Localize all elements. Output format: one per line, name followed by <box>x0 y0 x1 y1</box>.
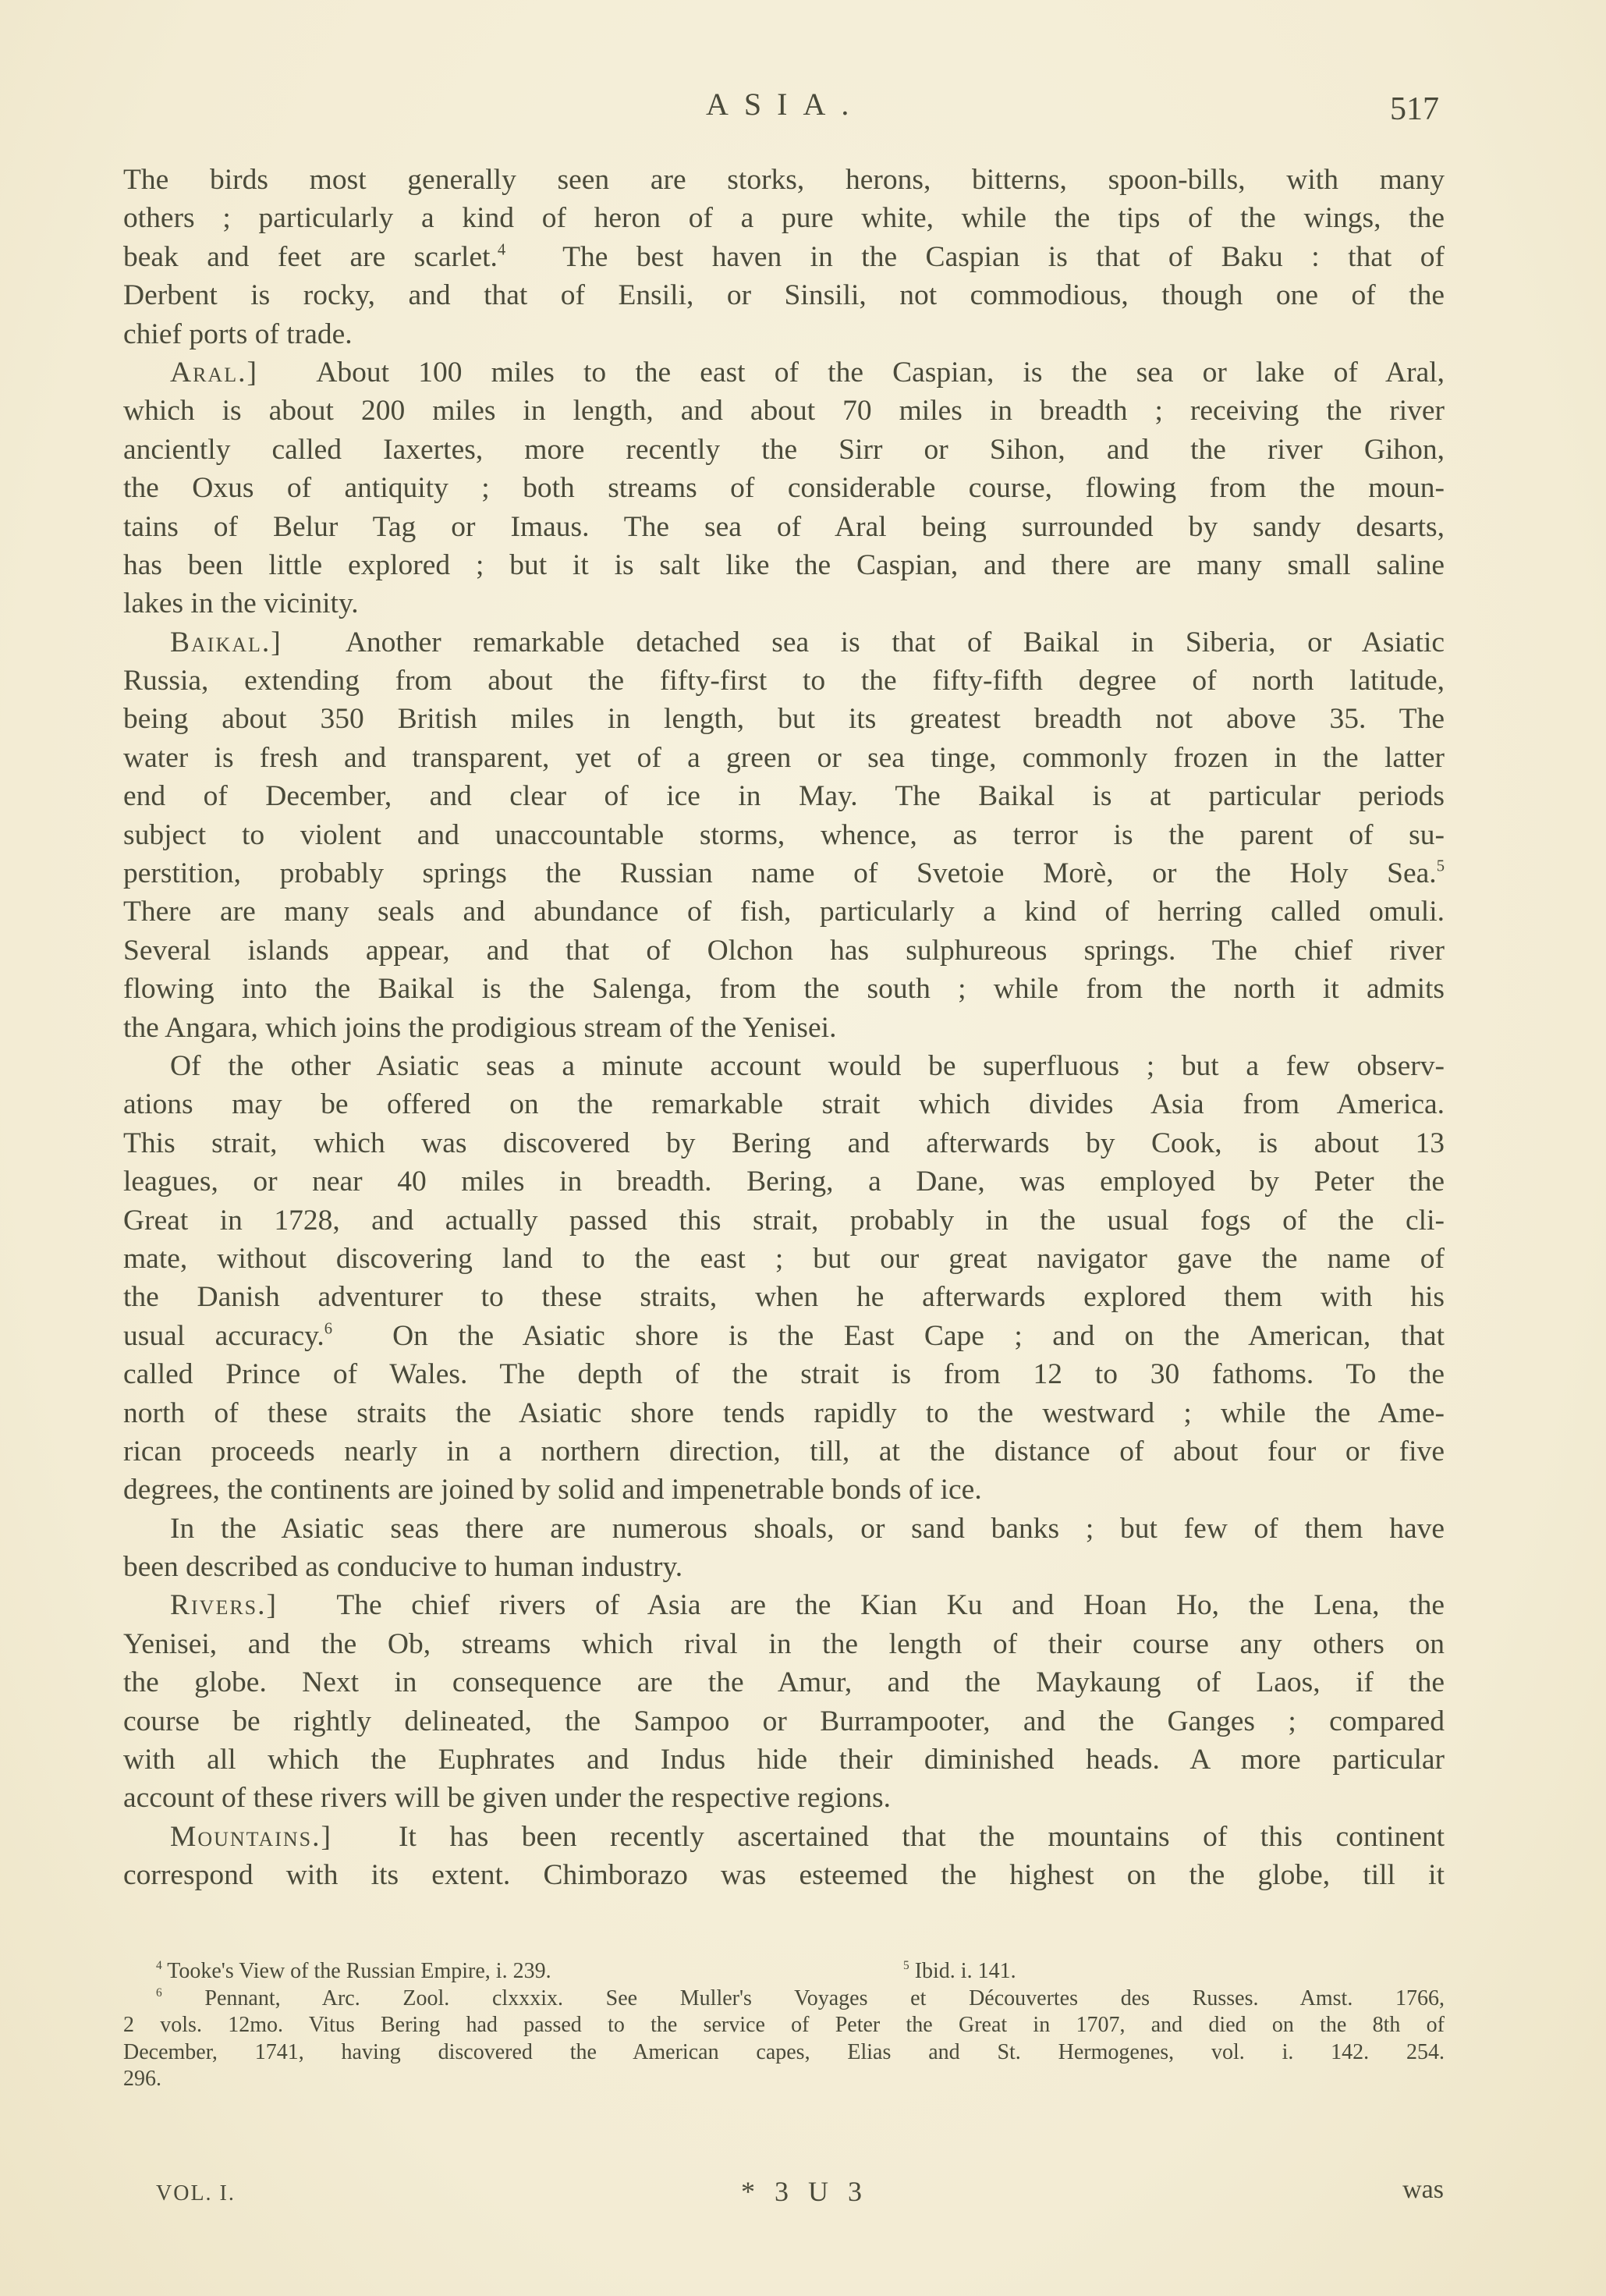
text-line: In the Asiatic seas there are numerous s… <box>123 1510 1445 1548</box>
page-number: 517 <box>1390 86 1439 133</box>
text-line: the Oxus of antiquity ; both streams of … <box>123 469 1445 507</box>
text-line: north of these straits the Asiatic shore… <box>123 1394 1445 1432</box>
text-line: course be rightly delineated, the Sampoo… <box>123 1702 1445 1741</box>
text-line: the Danish adventurer to these straits, … <box>123 1278 1445 1316</box>
paragraph-bering-strait: Of the other Asiatic seas a minute accou… <box>123 1047 1445 1510</box>
text-line: usual accuracy.6 On the Asiatic shore is… <box>123 1317 1445 1355</box>
text-line: being about 350 British miles in length,… <box>123 700 1445 738</box>
text-line: chief ports of trade. <box>123 315 1445 353</box>
footnote-row: 4 Tooke's View of the Russian Empire, i.… <box>123 1958 1445 1985</box>
section-heading-mountains: Mountains.] <box>170 1821 332 1853</box>
text-line: Several islands appear, and that of Olch… <box>123 932 1445 970</box>
text-line: perstition, probably springs the Russian… <box>123 854 1445 892</box>
text-line: There are many seals and abundance of fi… <box>123 892 1445 931</box>
text-line: degrees, the continents are joined by so… <box>123 1471 1445 1509</box>
text-line: flowing into the Baikal is the Salenga, … <box>123 970 1445 1008</box>
text-line: Derbent is rocky, and that of Ensili, or… <box>123 276 1445 314</box>
text-line: which is about 200 miles in length, and … <box>123 392 1445 430</box>
footnote-5: 5 Ibid. i. 141. <box>903 1958 1016 1985</box>
text-line: Rivers.] The chief rivers of Asia are th… <box>123 1586 1445 1624</box>
footnote-ref-5[interactable]: 5 <box>1437 858 1445 875</box>
text-line: has been little explored ; but it is sal… <box>123 546 1445 584</box>
paragraph-shoals: In the Asiatic seas there are numerous s… <box>123 1510 1445 1587</box>
footnote-ref-6[interactable]: 6 <box>324 1320 332 1337</box>
page-footer: VOL. I. * 3 U 3 was <box>0 2175 1606 2214</box>
text-line: Baikal.] Another remarkable detached sea… <box>123 623 1445 662</box>
section-heading-aral: Aral.] <box>170 357 258 389</box>
text-line: tains of Belur Tag or Imaus. The sea of … <box>123 508 1445 546</box>
text-line: ations may be offered on the remarkable … <box>123 1085 1445 1123</box>
text-line: Mountains.] It has been recently ascerta… <box>123 1818 1445 1856</box>
running-title: ASIA. <box>706 81 870 128</box>
text-line: Russia, extending from about the fifty-f… <box>123 662 1445 700</box>
text-line: correspond with its extent. Chimborazo w… <box>123 1856 1445 1894</box>
text-line: been described as conducive to human ind… <box>123 1548 1445 1586</box>
footnote-line: December, 1741, having discovered the Am… <box>123 2039 1445 2067</box>
volume-label: VOL. I. <box>156 2181 236 2206</box>
section-heading-rivers: Rivers.] <box>170 1589 278 1621</box>
text-line: subject to violent and unaccountable sto… <box>123 816 1445 854</box>
text-line: with all which the Euphrates and Indus h… <box>123 1741 1445 1779</box>
paragraph-baikal: Baikal.] Another remarkable detached sea… <box>123 623 1445 1047</box>
footnote-ref-4[interactable]: 4 <box>498 241 505 258</box>
text-line: the Angara, which joins the prodigious s… <box>123 1009 1445 1047</box>
text-line: water is fresh and transparent, yet of a… <box>123 739 1445 777</box>
text-line: Yenisei, and the Ob, streams which rival… <box>123 1625 1445 1663</box>
footnote-line: 2 vols. 12mo. Vitus Bering had passed to… <box>123 2012 1445 2039</box>
text-line: leagues, or near 40 miles in breadth. Be… <box>123 1162 1445 1201</box>
text-line: rican proceeds nearly in a northern dire… <box>123 1432 1445 1471</box>
text-line: account of these rivers will be given un… <box>123 1779 1445 1817</box>
footnotes: 4 Tooke's View of the Russian Empire, i.… <box>123 1958 1445 2093</box>
text-line: the globe. Next in consequence are the A… <box>123 1663 1445 1702</box>
paragraph-birds: The birds most generally seen are storks… <box>123 161 1445 353</box>
paragraph-rivers: Rivers.] The chief rivers of Asia are th… <box>123 1586 1445 1817</box>
text-line: lakes in the vicinity. <box>123 584 1445 623</box>
book-page: ASIA. 517 The birds most generally seen … <box>0 0 1606 2296</box>
paragraph-aral: Aral.] About 100 miles to the east of th… <box>123 353 1445 623</box>
text-line: called Prince of Wales. The depth of the… <box>123 1355 1445 1393</box>
paragraph-mountains: Mountains.] It has been recently ascerta… <box>123 1818 1445 1895</box>
text-line: beak and feet are scarlet.4 The best hav… <box>123 238 1445 276</box>
text-line: end of December, and clear of ice in May… <box>123 777 1445 815</box>
text-line: Great in 1728, and actually passed this … <box>123 1201 1445 1240</box>
footnote-line: 296. <box>123 2066 1445 2093</box>
body-text: The birds most generally seen are storks… <box>123 161 1445 1895</box>
footnote-4: 4 Tooke's View of the Russian Empire, i.… <box>156 1958 551 1985</box>
footnote-6: 6 Pennant, Arc. Zool. clxxxix. See Mulle… <box>123 1985 1445 2093</box>
signature-mark: * 3 U 3 <box>741 2175 868 2208</box>
text-line: others ; particularly a kind of heron of… <box>123 199 1445 237</box>
text-line: Of the other Asiatic seas a minute accou… <box>123 1047 1445 1085</box>
text-line: anciently called Iaxertes, more recently… <box>123 431 1445 469</box>
catchword: was <box>1402 2175 1444 2205</box>
text-line: This strait, which was discovered by Ber… <box>123 1124 1445 1162</box>
section-heading-baikal: Baikal.] <box>170 626 282 658</box>
footnote-line: 6 Pennant, Arc. Zool. clxxxix. See Mulle… <box>123 1985 1445 2013</box>
running-head: ASIA. 517 <box>0 81 1606 128</box>
text-line: mate, without discovering land to the ea… <box>123 1240 1445 1278</box>
text-line: Aral.] About 100 miles to the east of th… <box>123 353 1445 392</box>
text-line: The birds most generally seen are storks… <box>123 161 1445 199</box>
